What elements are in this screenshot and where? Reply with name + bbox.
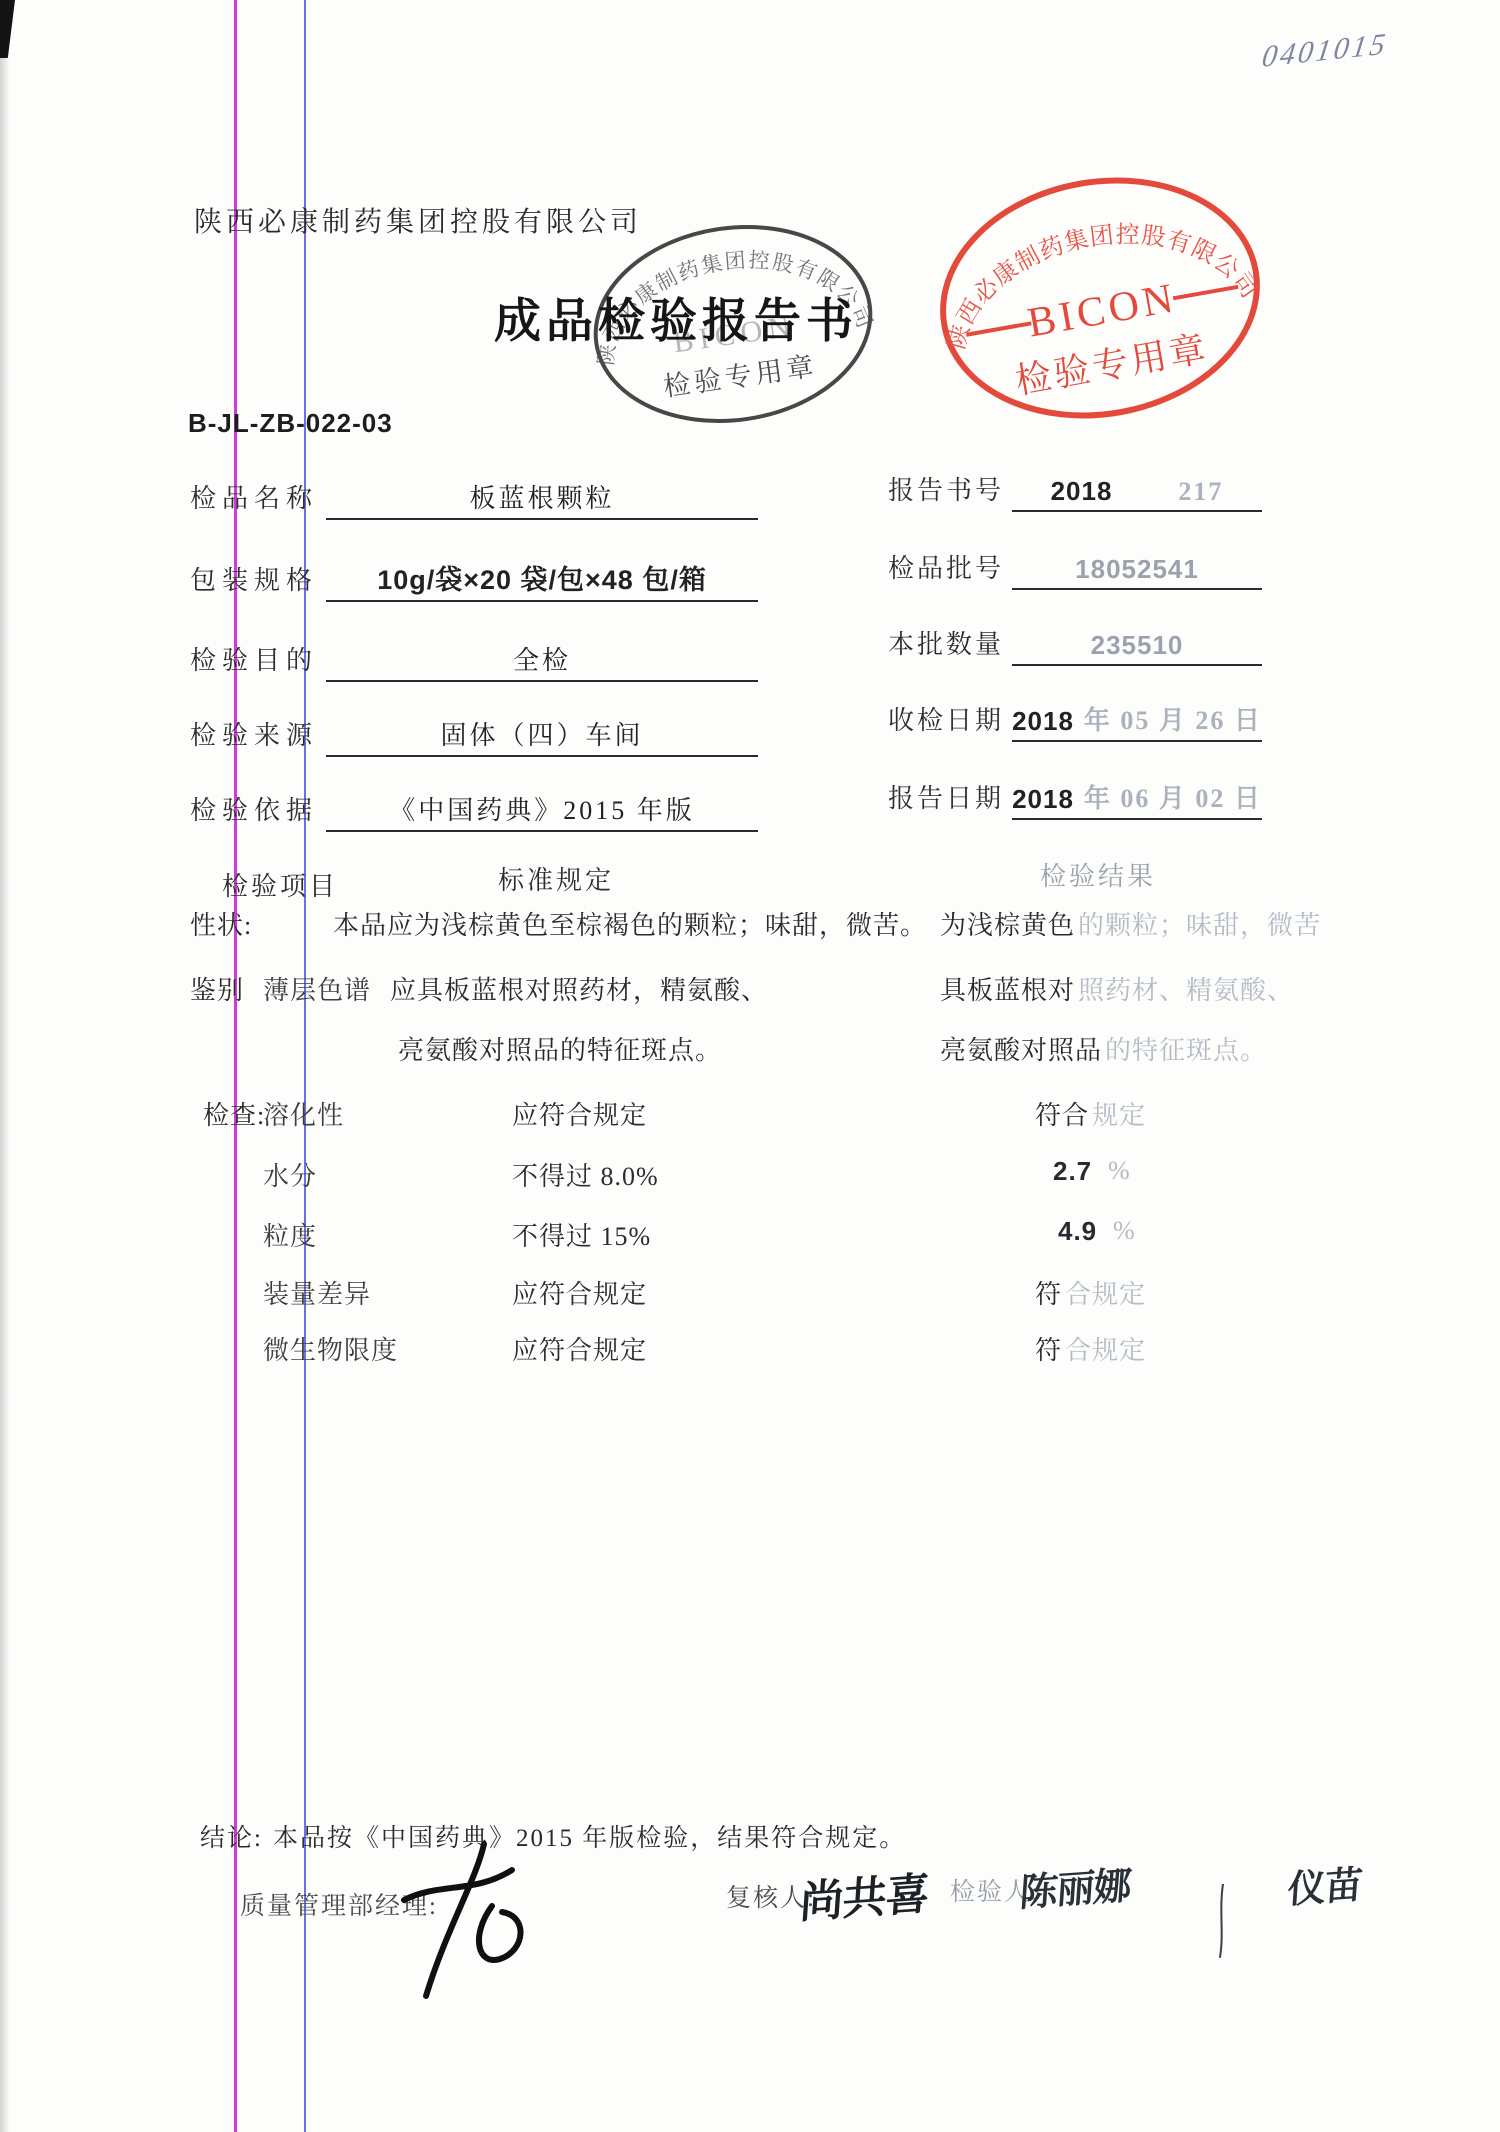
scan-line-magenta: [234, 0, 237, 2132]
company-name: 陕西必康制药集团控股有限公司: [194, 200, 642, 240]
row-result: 符: [1035, 1274, 1062, 1311]
row-item: 微生物限度: [263, 1330, 398, 1367]
handwritten-corner-code: 0401015: [1260, 27, 1390, 75]
row-group: 鉴别: [190, 970, 244, 1007]
row-item: 溶化性: [263, 1095, 344, 1132]
field-value: 2018: [1012, 784, 1074, 815]
field-test-purpose: 检验目的 全检: [190, 638, 758, 682]
row-result: 具板蓝根对: [940, 970, 1075, 1007]
row-result: 2.7: [1053, 1156, 1092, 1187]
row-item: 装量差异: [263, 1274, 371, 1311]
row-result-faded: %: [1113, 1216, 1136, 1246]
row-item: 水分: [263, 1156, 317, 1193]
field-value: 固体（四）车间: [441, 715, 644, 752]
field-report-date: 报告日期 2018年 06 月 02 日: [888, 776, 1262, 820]
field-sample-name: 检品名称 板蓝根颗粒: [190, 476, 758, 520]
row-standard: 应符合规定: [512, 1330, 647, 1367]
row-result-faded: 的特征斑点。: [1105, 1030, 1267, 1067]
report-title: 成品检验报告书: [494, 284, 858, 351]
field-value-faded: 年 06 月 02 日: [1084, 778, 1262, 815]
field-value: 2018: [1012, 706, 1074, 737]
scan-edge-shadow: [0, 0, 10, 2132]
row-item: 粒度: [263, 1216, 317, 1253]
field-value: 18052541: [1075, 554, 1199, 585]
field-batch-no: 检品批号 18052541: [888, 546, 1262, 590]
row-result-faded: %: [1108, 1156, 1131, 1186]
row-result: 为浅棕黄色: [940, 905, 1075, 942]
row-standard: 不得过 15%: [512, 1216, 651, 1253]
row-result-faded: 合规定: [1065, 1274, 1146, 1311]
field-label: 检验依据: [190, 790, 318, 832]
field-label: 检品名称: [190, 478, 318, 520]
field-value-faded: 年 05 月 26 日: [1084, 700, 1262, 737]
row-result: 亮氨酸对照品: [940, 1030, 1102, 1067]
field-label: 收检日期: [888, 700, 1004, 742]
row-standard: 应具板蓝根对照药材，精氨酸、: [390, 970, 768, 1007]
field-value: 板蓝根颗粒: [470, 478, 615, 515]
field-label: 本批数量: [888, 624, 1004, 666]
row-result: 符合: [1035, 1095, 1089, 1132]
examiner-signature-2: 仪苗: [1286, 1853, 1364, 1914]
field-value-faded: 217: [1178, 477, 1223, 507]
field-label: 报告日期: [888, 778, 1004, 820]
table-header-item: 检验项目: [222, 866, 338, 903]
reviewer-signature: 尚共喜: [798, 1857, 931, 1930]
field-test-basis: 检验依据 《中国药典》2015 年版: [190, 788, 758, 832]
row-standard: 不得过 8.0%: [512, 1156, 659, 1193]
field-value: 《中国药典》2015 年版: [389, 790, 695, 827]
qm-manager-signature: [388, 1838, 548, 2003]
row-result-faded: 的颗粒；味甜，微苦: [1078, 905, 1321, 942]
row-group: 性状:: [190, 905, 252, 942]
field-report-no: 报告书号 2018217: [888, 468, 1262, 512]
field-receive-date: 收检日期 2018年 05 月 26 日: [888, 698, 1262, 742]
field-value: 2018: [1051, 476, 1113, 507]
examiner-signature-pen-trail: [1216, 1884, 1228, 1959]
doc-number: B-JL-ZB-022-03: [188, 408, 393, 439]
field-value: 10g/袋×20 袋/包×48 包/箱: [377, 558, 707, 597]
row-result-faded: 合规定: [1065, 1330, 1146, 1367]
row-result: 符: [1035, 1330, 1062, 1367]
row-group: 检查:: [203, 1095, 265, 1132]
field-test-source: 检验来源 固体（四）车间: [190, 713, 758, 757]
row-standard: 应符合规定: [512, 1274, 647, 1311]
table-header-standard: 标准规定: [498, 860, 614, 897]
conclusion-label: 结论:: [200, 1825, 263, 1852]
scan-line-blue: [304, 0, 306, 2132]
inspection-stamp-red: 陕西必康制药集团控股有限公司 BICON 检验专用章: [928, 166, 1272, 430]
row-result-faded: 照药材、精氨酸、: [1078, 970, 1294, 1007]
field-label: 报告书号: [888, 470, 1004, 512]
field-label: 包装规格: [190, 560, 318, 602]
corner-black-mark: [0, 0, 15, 58]
field-batch-qty: 本批数量 235510: [888, 622, 1262, 666]
field-pack-spec: 包装规格 10g/袋×20 袋/包×48 包/箱: [190, 558, 758, 602]
conclusion: 结论:本品按《中国药典》2015 年版检验，结果符合规定。: [200, 1818, 906, 1854]
stamp-bottom-text: 检验专用章: [662, 351, 820, 402]
row-item: 薄层色谱: [263, 970, 371, 1007]
row-result-faded: 规定: [1092, 1095, 1146, 1132]
scanned-report-page: 0401015 陕西必康制药集团控股有限公司 陕西必康制药集团控股有限公司 BI…: [0, 0, 1500, 2132]
stamp-right-dash: [1173, 287, 1238, 298]
conclusion-text: 本品按《中国药典》2015 年版检验，结果符合规定。: [273, 1825, 906, 1852]
field-value: 全检: [513, 640, 571, 677]
examiner-signature-1: 陈丽娜: [1018, 1854, 1133, 1917]
field-label: 检验目的: [190, 640, 318, 682]
field-label: 检验来源: [190, 715, 318, 757]
row-standard: 亮氨酸对照品的特征斑点。: [398, 1030, 722, 1067]
row-standard: 本品应为浅棕黄色至棕褐色的颗粒；味甜，微苦。: [333, 905, 927, 942]
field-value: 235510: [1091, 630, 1184, 661]
row-result: 4.9: [1058, 1216, 1097, 1247]
table-header-result: 检验结果: [1040, 856, 1156, 893]
row-standard: 应符合规定: [512, 1095, 647, 1132]
field-label: 检品批号: [888, 548, 1004, 590]
